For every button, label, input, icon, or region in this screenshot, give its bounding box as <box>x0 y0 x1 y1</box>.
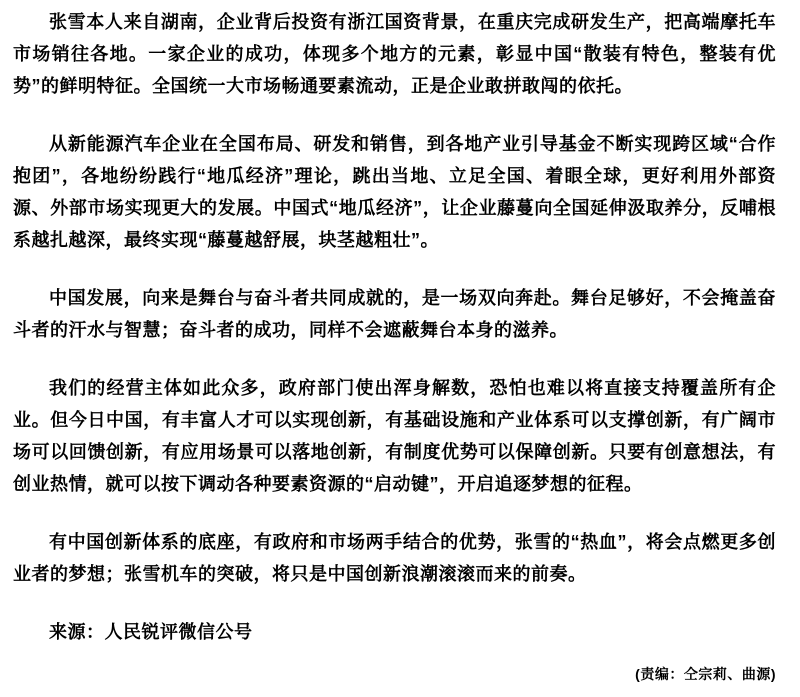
article-paragraph: 张雪本人来自湖南，企业背后投资有浙江国资背景，在重庆完成研发生产，把高端摩托车市… <box>13 6 776 102</box>
article-paragraph: 中国发展，向来是舞台与奋斗者共同成就的，是一场双向奔赴。舞台足够好，不会掩盖奋斗… <box>13 282 776 346</box>
article-paragraph: 我们的经营主体如此众多，政府部门使出浑身解数，恐怕也难以将直接支持覆盖所有企业。… <box>13 372 776 500</box>
editor-credit-line: (责编：仝宗莉、曲源) <box>13 662 776 686</box>
article-paragraph: 从新能源汽车企业在全国布局、研发和销售，到各地产业引导基金不断实现跨区域“合作抱… <box>13 128 776 256</box>
article-paragraph: 有中国创新体系的底座，有政府和市场两手结合的优势，张雪的“热血”，将会点燃更多创… <box>13 526 776 590</box>
article-page: 张雪本人来自湖南，企业背后投资有浙江国资背景，在重庆完成研发生产，把高端摩托车市… <box>0 0 800 697</box>
source-line: 来源：人民锐评微信公号 <box>13 616 776 648</box>
